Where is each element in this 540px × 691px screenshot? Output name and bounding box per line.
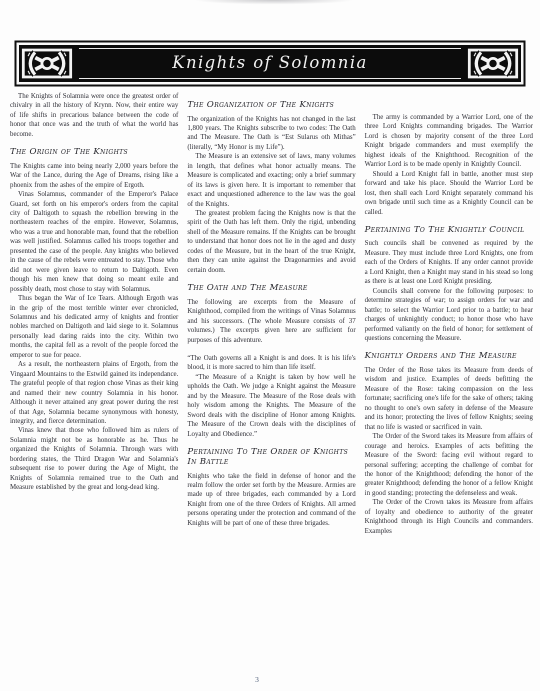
body-paragraph: The Order of the Crown takes its Measure… [365, 498, 533, 536]
body-paragraph: Vinas Solamnus, commander of the Emperor… [10, 190, 178, 294]
body-paragraph: The Order of the Rose takes its Measure … [365, 366, 533, 432]
document-page: Knights of Solomnia The Knights of Solam… [0, 0, 540, 691]
body-paragraph: Councils shall convene for the following… [365, 287, 533, 344]
section-heading: The Organization of The Knights [187, 100, 355, 110]
title-banner: Knights of Solomnia [19, 45, 521, 82]
celtic-knot-icon [19, 45, 75, 82]
section-heading: Pertaining To The Order of Knights In Ba… [187, 447, 355, 467]
body-paragraph: The organization of the Knights has not … [187, 115, 355, 153]
section-heading: The Oath and The Measure [187, 283, 355, 293]
scan-artifact [168, 0, 380, 6]
body-paragraph: “The Measure of a Knight is taken by how… [187, 373, 355, 439]
text-column-3: The army is commanded by a Warrior Lord,… [365, 92, 533, 660]
body-paragraph: The Order of the Sword takes its Measure… [365, 432, 533, 498]
body-paragraph: Such councils shall be convened as requi… [365, 239, 533, 286]
body-paragraph: Should a Lord Knight fall in battle, ano… [365, 170, 533, 217]
body-paragraph: The Measure is an extensive set of laws,… [187, 152, 355, 209]
text-column-1: The Knights of Solamnia were once the gr… [10, 92, 178, 660]
body-paragraph: As a result, the northeastern plains of … [10, 360, 178, 426]
text-column-2: The Organization of The KnightsThe organ… [187, 92, 355, 660]
body-paragraph: The army is commanded by a Warrior Lord,… [365, 113, 533, 170]
body-paragraph: The following are excerpts from the Meas… [187, 298, 355, 345]
page-title: Knights of Solomnia [172, 53, 367, 72]
section-heading: The Origin of The Knights [10, 147, 178, 157]
page-number: 3 [0, 675, 514, 684]
body-paragraph: Knights who take the field in defense of… [187, 472, 355, 529]
body-paragraph: The greatest problem facing the Knights … [187, 209, 355, 275]
body-paragraph: The Knights of Solamnia were once the gr… [10, 92, 178, 139]
body-paragraph: The Knights came into being nearly 2,000… [10, 162, 178, 190]
celtic-knot-icon [465, 45, 521, 82]
body-paragraph: Thus began the War of Ice Tears. Althoug… [10, 294, 178, 360]
section-heading: Pertaining To The Knightly Council [365, 225, 533, 235]
section-heading: Knightly Orders and The Measure [365, 351, 533, 361]
banner-title-field: Knights of Solomnia [79, 48, 461, 79]
body-paragraph: Vinas knew that those who followed him a… [10, 426, 178, 492]
columns: The Knights of Solamnia were once the gr… [10, 92, 533, 660]
body-paragraph: “The Oath governs all a Knight is and do… [187, 354, 355, 373]
